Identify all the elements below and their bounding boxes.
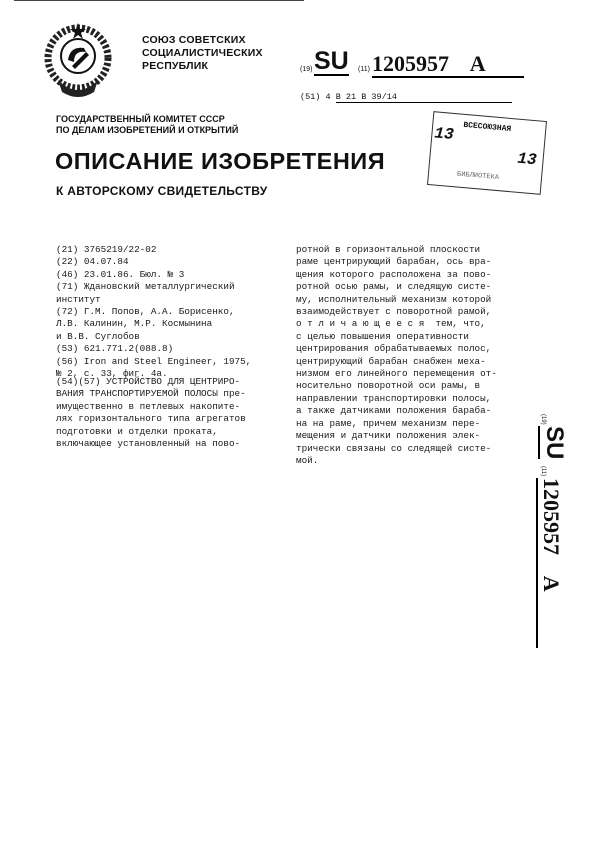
stamp-number-right: 13 (517, 150, 538, 170)
stamp-number-left: 13 (434, 124, 455, 144)
country-line: РЕСПУБЛИК (142, 60, 263, 73)
abstract-line: имущественно в петлевых накопите- (56, 401, 246, 413)
abstract-right-column: ротной в горизонтальной плоскостираме це… (296, 244, 497, 467)
bibliographic-data: (21) 3765219/22-02(22) 04.07.84(46) 23.0… (56, 244, 251, 380)
abstract-line: носительно поворотной оси рамы, в (296, 380, 497, 392)
ipc-label: (51) 4 (300, 92, 331, 102)
abstract-line: мой. (296, 455, 497, 467)
patent-number: 1205957 A (372, 52, 524, 78)
abstract-line: ВАНИЯ ТРАНСПОРТИРУЕМОЙ ПОЛОСЫ пре- (56, 388, 246, 400)
bibliography-line: (21) 3765219/22-02 (56, 244, 251, 256)
top-rule (14, 0, 304, 1)
ussr-emblem-icon (40, 20, 116, 100)
bibliography-line: институт (56, 294, 251, 306)
side-patent-number-value: 1205957 (539, 478, 564, 555)
ipc-classification: (51) 4 B 21 B 39/14 (300, 92, 525, 103)
committee: ГОСУДАРСТВЕННЫЙ КОМИТЕТ СССР ПО ДЕЛАМ ИЗ… (56, 114, 238, 136)
document-subtitle: К АВТОРСКОМУ СВИДЕТЕЛЬСТВУ (56, 184, 267, 198)
side-patent-number: 1205957 A (536, 478, 564, 648)
country-line: СОЦИАЛИСТИЧЕСКИХ (142, 47, 263, 60)
side-patent-label: (19) SU (11) 1205957 A (520, 418, 580, 658)
committee-line: ПО ДЕЛАМ ИЗОБРЕТЕНИЙ И ОТКРЫТИЙ (56, 125, 238, 136)
abstract-line: направлении транспортировки полосы, (296, 393, 497, 405)
document-title: ОПИСАНИЕ ИЗОБРЕТЕНИЯ (55, 148, 385, 175)
patent-kind: A (470, 51, 486, 76)
abstract-line: включающее установленный на пово- (56, 438, 246, 450)
patent-number-value: 1205957 (372, 51, 449, 76)
abstract-line: подготовки и отделки проката, (56, 426, 246, 438)
abstract-line: центрирующий барабан снабжен меха- (296, 356, 497, 368)
abstract-line: трически связаны со следящей систе- (296, 443, 497, 455)
inid-11: (11) (358, 66, 370, 73)
ipc-value: B 21 B 39/14 (336, 92, 512, 103)
abstract-line: лях горизонтального типа агрегатов (56, 413, 246, 425)
bibliography-line: (56) Iron and Steel Engineer, 1975, (56, 356, 251, 368)
country-line: СОЮЗ СОВЕТСКИХ (142, 34, 263, 47)
bibliography-line: (22) 04.07.84 (56, 256, 251, 268)
abstract-line: с целью повышения оперативности (296, 331, 497, 343)
stamp-top-text: ВСЕСОЮЗНАЯ (463, 121, 512, 134)
abstract-line: щения которого расположена за пово- (296, 269, 497, 281)
side-inid-11: (11) (540, 466, 546, 476)
inid-19: (19) (300, 66, 312, 73)
abstract-line: ротной в горизонтальной плоскости (296, 244, 497, 256)
abstract-line: му, исполнительный механизм которой (296, 294, 497, 306)
abstract-line: низмом его линейного перемещения от- (296, 368, 497, 380)
library-stamp: ВСЕСОЮЗНАЯ 13 13 БИБЛИОТЕКА (427, 111, 547, 195)
side-country-code: SU (538, 426, 568, 459)
abstract-line: на на раме, причем механизм пере- (296, 418, 497, 430)
abstract-left-column: (54)(57) УСТРОЙСТВО ДЛЯ ЦЕНТРИРО-ВАНИЯ Т… (56, 376, 246, 450)
country-name: СОЮЗ СОВЕТСКИХ СОЦИАЛИСТИЧЕСКИХ РЕСПУБЛИ… (142, 34, 263, 73)
bibliography-line: (53) 621.771.2(088.8) (56, 343, 251, 355)
abstract-line: раме центрирующий барабан, ось вра- (296, 256, 497, 268)
abstract-line: взаимодействует с поворотной рамой, (296, 306, 497, 318)
side-patent-kind: A (539, 576, 564, 592)
country-code: SU (314, 48, 349, 76)
abstract-line: ротной осью рамы, и следящую систе- (296, 281, 497, 293)
abstract-line: центрирования обрабатываемых полос, (296, 343, 497, 355)
abstract-line: мещения и датчики положения элек- (296, 430, 497, 442)
abstract-line: (54)(57) УСТРОЙСТВО ДЛЯ ЦЕНТРИРО- (56, 376, 246, 388)
bibliography-line: Л.В. Калинин, М.Р. Космынина (56, 318, 251, 330)
stamp-bottom-text: БИБЛИОТЕКА (457, 170, 500, 182)
committee-line: ГОСУДАРСТВЕННЫЙ КОМИТЕТ СССР (56, 114, 238, 125)
abstract-line: о т л и ч а ю щ е е с я тем, что, (296, 318, 497, 330)
bibliography-line: (72) Г.М. Попов, А.А. Борисенко, (56, 306, 251, 318)
abstract-line: а также датчиками положения бараба- (296, 405, 497, 417)
bibliography-line: (71) Ждановский металлургический (56, 281, 251, 293)
bibliography-line: (46) 23.01.86. Бюл. № 3 (56, 269, 251, 281)
bibliography-line: и В.В. Суглобов (56, 331, 251, 343)
side-inid-19: (19) (540, 414, 546, 425)
